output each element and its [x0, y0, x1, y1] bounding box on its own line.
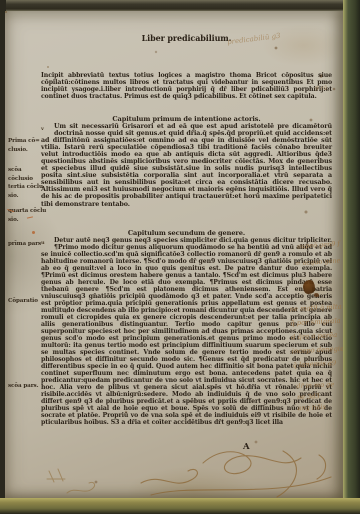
- photo-border-bottom: [0, 498, 360, 514]
- running-title: Liber predicabilium.: [41, 33, 332, 43]
- chapter1-paragraph: vUm sit necessariū Grisarori et ad eā qu…: [41, 123, 332, 208]
- handwritten-dot: [32, 231, 35, 234]
- margin-note-secunda-tertia-conclusio: scōa cōclusio tertia cōclu sio.: [8, 166, 48, 200]
- handwritten-note-lower: dr̄ in mo ge ne 3d3 ang tiōis: [296, 379, 345, 414]
- incipit-paragraph: Incipit abbreviatū textus totius logices…: [41, 72, 332, 100]
- chapter2-text: Detur autē neq3 genus neq3 species simpl…: [41, 237, 332, 426]
- parchment-page: Liber predicabilium. Incipit abbreviatū …: [5, 11, 344, 501]
- handwritten-note-genus1: aupeō gen9 f: [297, 240, 340, 251]
- chapter2-paragraph: uDetur autē neq3 genus neq3 species simp…: [41, 237, 332, 426]
- ink-blot: [303, 280, 315, 294]
- chapter2-heading: Capitulum secundum de genere.: [41, 229, 332, 237]
- foxing-speckles: [5, 11, 7, 13]
- handwritten-note-small: 9 rā: [315, 84, 328, 92]
- margin-note-quarta-conclusio: quarta cōclu sio.: [8, 207, 48, 224]
- margin-note-prima-conclusio: Prima cō= clusio.: [8, 137, 48, 154]
- handwritten-note-genus2: = acquo gene: [295, 256, 341, 267]
- photographed-book-page: Liber predicabilium. Incipit abbreviatū …: [0, 0, 360, 514]
- ink-blot-small: [314, 293, 319, 297]
- chapter1-heading: Capitulum primum de intentione actoris.: [41, 115, 332, 123]
- handwritten-note-block: ne mat9 q̄ mlta q̄ por smigraīa d q̄ra a…: [289, 300, 345, 373]
- margin-note-prima-pars: prīma pars: [8, 240, 48, 249]
- handwritten-marks-bottom-left: [39, 461, 114, 503]
- chapter1-text: Um sit necessariū Grisarori et ad eā que…: [41, 123, 332, 208]
- handwritten-flourish-signature: [133, 445, 345, 501]
- margin-note-comparatio: Cōparatio: [8, 297, 48, 306]
- margin-note-secunda-pars: scōa pars.: [8, 382, 48, 391]
- photo-border-right: [343, 0, 360, 514]
- initial-guide-letter: v: [41, 123, 54, 137]
